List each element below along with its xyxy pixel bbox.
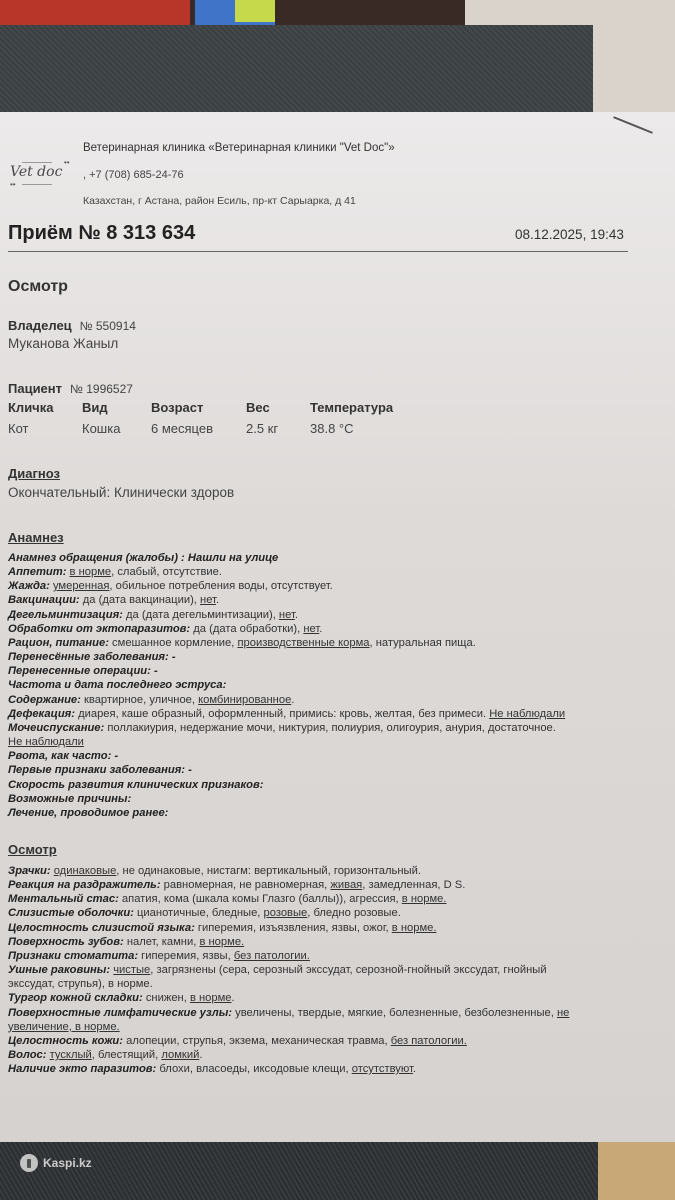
watermark-text: Kaspi.kz xyxy=(43,1156,92,1170)
field-key: Мочеиспускание: xyxy=(8,722,107,734)
field-key: Первые признаки заболевания: - xyxy=(8,764,192,776)
record-line: Рвота, как часто: - xyxy=(8,749,628,763)
field-key: Содержание: xyxy=(8,694,84,706)
record-line: Ушные раковины: чистые, загрязнены (сера… xyxy=(8,963,628,977)
field-key: Поверхностные лимфатические узлы: xyxy=(8,1007,235,1019)
selected-option: умеренная xyxy=(53,580,109,592)
field-text: . xyxy=(413,1063,416,1075)
field-label: Температура xyxy=(310,400,393,415)
field-key: Лечение, проводимое ранее: xyxy=(8,807,168,819)
field-text: . xyxy=(319,623,322,635)
field-key: Дефекация: xyxy=(8,708,78,720)
field-key: Ментальный стас: xyxy=(8,893,122,905)
logo-line xyxy=(22,184,52,185)
field-key: Зрачки: xyxy=(8,865,54,877)
field-value: Кот xyxy=(8,421,53,436)
field-text: , бледно розовые. xyxy=(307,907,401,919)
record-line: Поверхность зубов: налет, камни, в норме… xyxy=(8,935,628,949)
field-value: 6 месяцев xyxy=(151,421,213,436)
selected-option: без патологии. xyxy=(391,1035,467,1047)
selected-option: ломкий xyxy=(161,1049,199,1061)
selected-option: Не наблюдали xyxy=(8,736,84,748)
field-key: Перенесенные операции: - xyxy=(8,665,158,677)
field-label: Вес xyxy=(246,400,278,415)
record-line: Обработки от эктопаразитов: да (дата обр… xyxy=(8,622,628,636)
selected-option: тусклый xyxy=(50,1049,92,1061)
record-line: Перенесённые заболевания: - xyxy=(8,650,628,664)
field-text: равномерная, не равномерная, xyxy=(164,879,331,891)
exam-heading: Осмотр xyxy=(8,842,57,857)
owner-name: Муканова Жаныл xyxy=(8,336,118,351)
patient-field-species: Вид Кошка xyxy=(82,400,120,436)
record-line: Признаки стоматита: гиперемия, язвы, без… xyxy=(8,949,628,963)
field-key: Волос: xyxy=(8,1049,50,1061)
diagnosis-text: Окончательный: Клинически здоров xyxy=(8,485,234,500)
owner-label: Владелец xyxy=(8,318,72,333)
field-value: Кошка xyxy=(82,421,120,436)
logo-line xyxy=(22,162,52,163)
document-sheet: •• Vet doc •• Ветеринарная клиника «Вете… xyxy=(0,112,675,1142)
patient-number: № 1996527 xyxy=(70,382,133,396)
field-key: Реакция на раздражитель: xyxy=(8,879,164,891)
patient-label: Пациент xyxy=(8,381,62,396)
field-text: блохи, власоеды, иксодовые клещи, xyxy=(159,1063,351,1075)
record-line: Содержание: квартирное, уличное, комбини… xyxy=(8,693,628,707)
logo-dot: •• xyxy=(10,180,16,189)
record-line: Первые признаки заболевания: - xyxy=(8,763,628,777)
field-text: . xyxy=(291,694,294,706)
selected-option: отсутствуют xyxy=(352,1063,413,1075)
field-key: Рвота, как часто: - xyxy=(8,750,118,762)
field-text: апатия, кома (шкала комы Глазго (баллы))… xyxy=(122,893,402,905)
anamnesis-heading: Анамнез xyxy=(8,530,64,545)
selected-option: розовые xyxy=(264,907,308,919)
record-line: Мочеиспускание: поллакиурия, недержание … xyxy=(8,721,628,735)
clinic-logo: •• Vet doc •• xyxy=(8,160,68,188)
selected-option: живая xyxy=(330,879,362,891)
selected-option: Не наблюдали xyxy=(489,708,565,720)
anamnesis-list: Анамнез обращения (жалобы) : Нашли на ул… xyxy=(8,551,628,820)
field-text: . xyxy=(199,1049,202,1061)
watermark: Kaspi.kz xyxy=(20,1154,92,1172)
field-key: Слизистые оболочки: xyxy=(8,907,137,919)
record-line: увеличение, в норме. xyxy=(8,1020,628,1034)
record-line: Вакцинации: да (дата вакцинации), нет. xyxy=(8,593,628,607)
record-line: Перенесенные операции: - xyxy=(8,664,628,678)
record-line: Зрачки: одинаковые, не одинаковые, ниста… xyxy=(8,864,628,878)
field-text: . xyxy=(232,992,235,1004)
pen-mark xyxy=(613,116,653,134)
field-text: да (дата дегельминтизации), xyxy=(126,609,279,621)
field-text: снижен, xyxy=(146,992,190,1004)
record-line: Рацион, питание: смешанное кормление, пр… xyxy=(8,636,628,650)
logo-text: Vet doc xyxy=(10,164,62,180)
field-label: Кличка xyxy=(8,400,53,415)
field-label: Возраст xyxy=(151,400,213,415)
record-line: Целостность кожи: алопеции, струпья, экз… xyxy=(8,1034,628,1048)
field-text: . xyxy=(295,609,298,621)
selected-option: без патологии. xyxy=(234,950,310,962)
clinic-address: Казахстан, г Астана, район Есиль, пр-кт … xyxy=(83,195,356,207)
field-key: Рацион, питание: xyxy=(8,637,112,649)
patient-header: Пациент№ 1996527 xyxy=(8,380,133,398)
field-label: Вид xyxy=(82,400,120,415)
section-title: Осмотр xyxy=(8,278,68,296)
field-text: диарея, каше образный, оформленный, прим… xyxy=(78,708,489,720)
field-key: Скорость развития клинических признаков: xyxy=(8,779,263,791)
field-key: Возможные причины: xyxy=(8,793,131,805)
field-key: Признаки стоматита: xyxy=(8,950,141,962)
field-key: Дегельминтизация: xyxy=(8,609,126,621)
field-text: , натуральная пища. xyxy=(370,637,476,649)
field-value: 38.8 °C xyxy=(310,421,393,436)
field-text: поллакиурия, недержание мочи, никтурия, … xyxy=(107,722,556,734)
field-text: . xyxy=(216,594,219,606)
record-line: Наличие экто паразитов: блохи, власоеды,… xyxy=(8,1062,628,1076)
field-text: смешанное кормление, xyxy=(112,637,237,649)
field-key: Поверхность зубов: xyxy=(8,936,127,948)
diagnosis-heading: Диагноз xyxy=(8,466,60,481)
visit-datetime: 08.12.2025, 19:43 xyxy=(515,227,624,242)
patient-field-temperature: Температура 38.8 °C xyxy=(310,400,393,436)
background-green-object xyxy=(235,0,275,22)
field-text: , обильное потребления воды, отсутствует… xyxy=(109,580,332,592)
field-text: экссудат, струпья), в норме. xyxy=(8,978,153,990)
field-text: , загрязнены (сера, серозный экссудат, с… xyxy=(150,964,546,976)
field-text: налет, камни, xyxy=(127,936,200,948)
field-text: , замедленная, D S. xyxy=(362,879,465,891)
exam-list: Зрачки: одинаковые, не одинаковые, ниста… xyxy=(8,864,628,1076)
record-line: экссудат, струпья), в норме. xyxy=(8,977,628,991)
selected-option: нет xyxy=(279,609,295,621)
owner-header: Владелец№ 550914 xyxy=(8,317,136,335)
field-text: гиперемия, язвы, xyxy=(141,950,234,962)
patient-field-weight: Вес 2.5 кг xyxy=(246,400,278,436)
record-line: Не наблюдали xyxy=(8,735,628,749)
record-line: Дегельминтизация: да (дата дегельминтиза… xyxy=(8,608,628,622)
owner-number: № 550914 xyxy=(80,319,136,333)
patient-field-age: Возраст 6 месяцев xyxy=(151,400,213,436)
field-key: Аппетит: xyxy=(8,566,70,578)
record-line: Целостность слизистой языка: гиперемия, … xyxy=(8,921,628,935)
selected-option: одинаковые xyxy=(54,865,117,877)
field-text: увеличены, твердые, мягкие, болезненные,… xyxy=(235,1007,557,1019)
selected-option: чистые xyxy=(113,964,150,976)
field-text: квартирное, уличное, xyxy=(84,694,198,706)
logo-dot: •• xyxy=(64,158,70,167)
selected-option: производственные корма xyxy=(237,637,369,649)
clinic-name: Ветеринарная клиника «Ветеринарная клини… xyxy=(83,142,395,154)
record-line: Частота и дата последнего эструса: xyxy=(8,678,628,692)
record-line: Слизистые оболочки: цианотичные, бледные… xyxy=(8,906,628,920)
field-key: Частота и дата последнего эструса: xyxy=(8,679,226,691)
field-key: Наличие экто паразитов: xyxy=(8,1063,159,1075)
record-line: Возможные причины: xyxy=(8,792,628,806)
field-key: Ушные раковины: xyxy=(8,964,113,976)
record-line: Жажда: умеренная, обильное потребления в… xyxy=(8,579,628,593)
record-line: Реакция на раздражитель: равномерная, не… xyxy=(8,878,628,892)
record-line: Аппетит: в норме, слабый, отсутствие. xyxy=(8,565,628,579)
field-text: , не одинаковые, нистагм: вертикальный, … xyxy=(116,865,421,877)
selected-option: в норме. xyxy=(402,893,447,905)
selected-option: нет xyxy=(303,623,319,635)
record-line: Лечение, проводимое ранее: xyxy=(8,806,628,820)
field-key: Анамнез обращения (жалобы) : Нашли на ул… xyxy=(8,552,278,564)
field-key: Вакцинации: xyxy=(8,594,83,606)
field-text: гиперемия, изъязвления, язвы, ожог, xyxy=(198,922,392,934)
field-key: Обработки от эктопаразитов: xyxy=(8,623,193,635)
field-key: Жажда: xyxy=(8,580,53,592)
field-key: Перенесённые заболевания: - xyxy=(8,651,176,663)
field-text: цианотичные, бледные, xyxy=(137,907,264,919)
patient-field-name: Кличка Кот xyxy=(8,400,53,436)
visit-title: Приём № 8 313 634 xyxy=(8,222,195,245)
clinic-phone: , +7 (708) 685-24-76 xyxy=(83,169,184,181)
record-line: Волос: тусклый, блестящий, ломкий. xyxy=(8,1048,628,1062)
selected-option: в норме xyxy=(190,992,232,1004)
record-line: Поверхностные лимфатические узлы: увелич… xyxy=(8,1006,628,1020)
selected-option: увеличение, в норме. xyxy=(8,1021,120,1033)
divider xyxy=(8,251,628,252)
field-text: , блестящий, xyxy=(92,1049,162,1061)
selected-option: нет xyxy=(200,594,216,606)
record-line: Дефекация: диарея, каше образный, оформл… xyxy=(8,707,628,721)
field-text: , слабый, отсутствие. xyxy=(111,566,222,578)
field-text: да (дата обработки), xyxy=(193,623,303,635)
field-key: Целостность кожи: xyxy=(8,1035,126,1047)
field-key: Целостность слизистой языка: xyxy=(8,922,198,934)
selected-option: комбинированное xyxy=(198,694,291,706)
field-text: да (дата вакцинации), xyxy=(83,594,200,606)
record-line: Анамнез обращения (жалобы) : Нашли на ул… xyxy=(8,551,628,565)
record-line: Тургор кожной складки: снижен, в норме. xyxy=(8,991,628,1005)
selected-option: в норме xyxy=(70,566,112,578)
record-line: Ментальный стас: апатия, кома (шкала ком… xyxy=(8,892,628,906)
field-key: Тургор кожной складки: xyxy=(8,992,146,1004)
field-text: алопеции, струпья, экзема, механическая … xyxy=(126,1035,391,1047)
selected-option: в норме. xyxy=(392,922,437,934)
kaspi-icon xyxy=(20,1154,38,1172)
selected-option: в норме. xyxy=(199,936,244,948)
field-value: 2.5 кг xyxy=(246,421,278,436)
record-line: Скорость развития клинических признаков: xyxy=(8,778,628,792)
selected-option: не xyxy=(557,1007,569,1019)
